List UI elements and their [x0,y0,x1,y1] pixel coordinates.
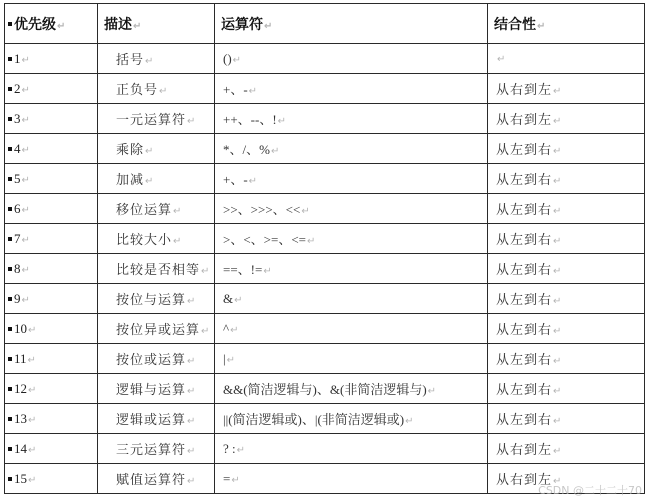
cell-priority: 5↵ [5,164,98,194]
bullet-icon [8,267,12,271]
cell-associativity: ↵ [488,44,645,74]
table-row: 8↵比较是否相等↵==、!=↵从左到右↵ [5,254,645,284]
watermark: CSDN @二十二十70 [538,482,642,498]
paragraph-mark-icon: ↵ [57,21,65,32]
paragraph-mark-icon: ↵ [249,86,257,97]
cell-operator: &&(简洁逻辑与)、&(非简洁逻辑与)↵ [215,374,488,404]
cell-associativity: 从左到右↵ [488,374,645,404]
header-operator: 运算符↵ [215,4,488,44]
paragraph-mark-icon: ↵ [301,206,309,217]
cell-description: 按位或运算↵ [98,344,215,374]
paragraph-mark-icon: ↵ [553,356,562,367]
paragraph-mark-icon: ↵ [22,145,30,156]
cell-description: 赋值运算符↵ [98,464,215,494]
paragraph-mark-icon: ↵ [133,21,141,32]
paragraph-mark-icon: ↵ [173,236,182,247]
paragraph-mark-icon: ↵ [307,236,315,247]
bullet-icon [8,207,12,211]
table-row: 2↵正负号↵+、-↵从右到左↵ [5,74,645,104]
bullet-icon [8,87,12,91]
paragraph-mark-icon: ↵ [553,116,562,127]
cell-description: 三元运算符↵ [98,434,215,464]
paragraph-mark-icon: ↵ [22,295,30,306]
cell-operator: +、-↵ [215,164,488,194]
cell-operator: ? :↵ [215,434,488,464]
table-body: 1↵括号↵()↵↵2↵正负号↵+、-↵从右到左↵3↵一元运算符↵++、--、!↵… [5,44,645,494]
cell-associativity: 从左到右↵ [488,254,645,284]
table-row: 10↵按位异或运算↵^↵从左到右↵ [5,314,645,344]
cell-description: 乘除↵ [98,134,215,164]
paragraph-mark-icon: ↵ [187,296,196,307]
paragraph-mark-icon: ↵ [271,146,279,157]
paragraph-mark-icon: ↵ [233,55,241,66]
paragraph-mark-icon: ↵ [173,206,182,217]
cell-operator: ()↵ [215,44,488,74]
paragraph-mark-icon: ↵ [263,266,271,277]
paragraph-mark-icon: ↵ [159,86,168,97]
paragraph-mark-icon: ↵ [553,86,562,97]
table-row: 14↵三元运算符↵? :↵从右到左↵ [5,434,645,464]
bullet-icon [8,387,12,391]
table-row: 6↵移位运算↵>>、>>>、<<↵从左到右↵ [5,194,645,224]
paragraph-mark-icon: ↵ [187,416,196,427]
table-row: 3↵一元运算符↵++、--、!↵从右到左↵ [5,104,645,134]
bullet-icon [8,177,12,181]
cell-priority: 14↵ [5,434,98,464]
paragraph-mark-icon: ↵ [28,475,36,486]
bullet-icon [8,22,12,26]
paragraph-mark-icon: ↵ [234,295,242,306]
cell-description: 逻辑与运算↵ [98,374,215,404]
cell-associativity: 从左到右↵ [488,284,645,314]
cell-description: 比较大小↵ [98,224,215,254]
paragraph-mark-icon: ↵ [22,205,30,216]
paragraph-mark-icon: ↵ [553,236,562,247]
cell-operator: >>、>>>、<<↵ [215,194,488,224]
paragraph-mark-icon: ↵ [264,21,272,32]
paragraph-mark-icon: ↵ [553,206,562,217]
cell-priority: 13↵ [5,404,98,434]
paragraph-mark-icon: ↵ [187,386,196,397]
paragraph-mark-icon: ↵ [278,116,286,127]
bullet-icon [8,417,12,421]
cell-priority: 15↵ [5,464,98,494]
paragraph-mark-icon: ↵ [231,475,239,486]
cell-operator: +、-↵ [215,74,488,104]
bullet-icon [8,477,12,481]
table-row: 9↵按位与运算↵&↵从左到右↵ [5,284,645,314]
paragraph-mark-icon: ↵ [227,355,235,366]
cell-operator: ++、--、!↵ [215,104,488,134]
paragraph-mark-icon: ↵ [553,326,562,337]
bullet-icon [8,297,12,301]
bullet-icon [8,57,12,61]
cell-associativity: 从左到右↵ [488,344,645,374]
cell-associativity: 从左到右↵ [488,314,645,344]
paragraph-mark-icon: ↵ [553,266,562,277]
cell-priority: 4↵ [5,134,98,164]
cell-operator: >、<、>=、<=↵ [215,224,488,254]
header-priority: 优先级↵ [5,4,98,44]
cell-priority: 8↵ [5,254,98,284]
paragraph-mark-icon: ↵ [553,386,562,397]
paragraph-mark-icon: ↵ [187,476,196,487]
bullet-icon [8,237,12,241]
document-page: 优先级↵ 描述↵ 运算符↵ 结合性↵ 1↵括号↵()↵↵2↵正负号↵+、-↵从右… [0,0,648,500]
paragraph-mark-icon: ↵ [553,416,562,427]
bullet-icon [8,117,12,121]
paragraph-mark-icon: ↵ [28,385,36,396]
cell-description: 加减↵ [98,164,215,194]
bullet-icon [8,357,12,361]
paragraph-mark-icon: ↵ [28,415,36,426]
cell-operator: ==、!=↵ [215,254,488,284]
cell-priority: 12↵ [5,374,98,404]
cell-priority: 6↵ [5,194,98,224]
cell-operator: &↵ [215,284,488,314]
table-row: 1↵括号↵()↵↵ [5,44,645,74]
table-row: 7↵比较大小↵>、<、>=、<=↵从左到右↵ [5,224,645,254]
cell-description: 一元运算符↵ [98,104,215,134]
table-row: 13↵逻辑或运算↵||(简洁逻辑或)、|(非简洁逻辑或)↵从左到右↵ [5,404,645,434]
cell-associativity: 从右到左↵ [488,434,645,464]
paragraph-mark-icon: ↵ [553,296,562,307]
cell-associativity: 从右到左↵ [488,104,645,134]
cell-description: 比较是否相等↵ [98,254,215,284]
paragraph-mark-icon: ↵ [428,386,436,397]
cell-priority: 3↵ [5,104,98,134]
bullet-icon [8,447,12,451]
cell-priority: 10↵ [5,314,98,344]
cell-priority: 7↵ [5,224,98,254]
paragraph-mark-icon: ↵ [28,325,36,336]
cell-operator: |↵ [215,344,488,374]
paragraph-mark-icon: ↵ [22,235,30,246]
operator-precedence-table: 优先级↵ 描述↵ 运算符↵ 结合性↵ 1↵括号↵()↵↵2↵正负号↵+、-↵从右… [4,3,645,494]
table-row: 12↵逻辑与运算↵&&(简洁逻辑与)、&(非简洁逻辑与)↵从左到右↵ [5,374,645,404]
cell-associativity: 从左到右↵ [488,224,645,254]
paragraph-mark-icon: ↵ [553,446,562,457]
cell-operator: ||(简洁逻辑或)、|(非简洁逻辑或)↵ [215,404,488,434]
paragraph-mark-icon: ↵ [237,445,245,456]
cell-description: 逻辑或运算↵ [98,404,215,434]
paragraph-mark-icon: ↵ [22,265,30,276]
cell-priority: 11↵ [5,344,98,374]
paragraph-mark-icon: ↵ [22,55,30,66]
paragraph-mark-icon: ↵ [22,115,30,126]
paragraph-mark-icon: ↵ [187,356,196,367]
paragraph-mark-icon: ↵ [497,54,506,65]
cell-associativity: 从左到右↵ [488,164,645,194]
paragraph-mark-icon: ↵ [553,146,562,157]
cell-description: 按位异或运算↵ [98,314,215,344]
bullet-icon [8,327,12,331]
paragraph-mark-icon: ↵ [22,175,30,186]
paragraph-mark-icon: ↵ [230,325,238,336]
cell-operator: *、/、%↵ [215,134,488,164]
cell-priority: 1↵ [5,44,98,74]
cell-priority: 2↵ [5,74,98,104]
cell-associativity: 从左到右↵ [488,134,645,164]
paragraph-mark-icon: ↵ [187,446,196,457]
header-associativity: 结合性↵ [488,4,645,44]
cell-associativity: 从左到右↵ [488,194,645,224]
paragraph-mark-icon: ↵ [553,176,562,187]
cell-operator: ^↵ [215,314,488,344]
paragraph-mark-icon: ↵ [145,146,154,157]
paragraph-mark-icon: ↵ [249,176,257,187]
cell-description: 移位运算↵ [98,194,215,224]
table-row: 4↵乘除↵*、/、%↵从左到右↵ [5,134,645,164]
table-row: 5↵加减↵+、-↵从左到右↵ [5,164,645,194]
cell-description: 括号↵ [98,44,215,74]
paragraph-mark-icon: ↵ [187,116,196,127]
cell-associativity: 从右到左↵ [488,74,645,104]
paragraph-mark-icon: ↵ [145,56,154,67]
paragraph-mark-icon: ↵ [22,85,30,96]
table-row: 11↵按位或运算↵|↵从左到右↵ [5,344,645,374]
paragraph-mark-icon: ↵ [201,266,210,277]
paragraph-mark-icon: ↵ [201,326,210,337]
cell-operator: =↵ [215,464,488,494]
cell-associativity: 从左到右↵ [488,404,645,434]
header-description: 描述↵ [98,4,215,44]
paragraph-mark-icon: ↵ [537,21,545,32]
cell-priority: 9↵ [5,284,98,314]
paragraph-mark-icon: ↵ [28,445,36,456]
table-header-row: 优先级↵ 描述↵ 运算符↵ 结合性↵ [5,4,645,44]
bullet-icon [8,147,12,151]
cell-description: 正负号↵ [98,74,215,104]
paragraph-mark-icon: ↵ [405,416,413,427]
cell-description: 按位与运算↵ [98,284,215,314]
paragraph-mark-icon: ↵ [145,176,154,187]
paragraph-mark-icon: ↵ [28,355,36,366]
